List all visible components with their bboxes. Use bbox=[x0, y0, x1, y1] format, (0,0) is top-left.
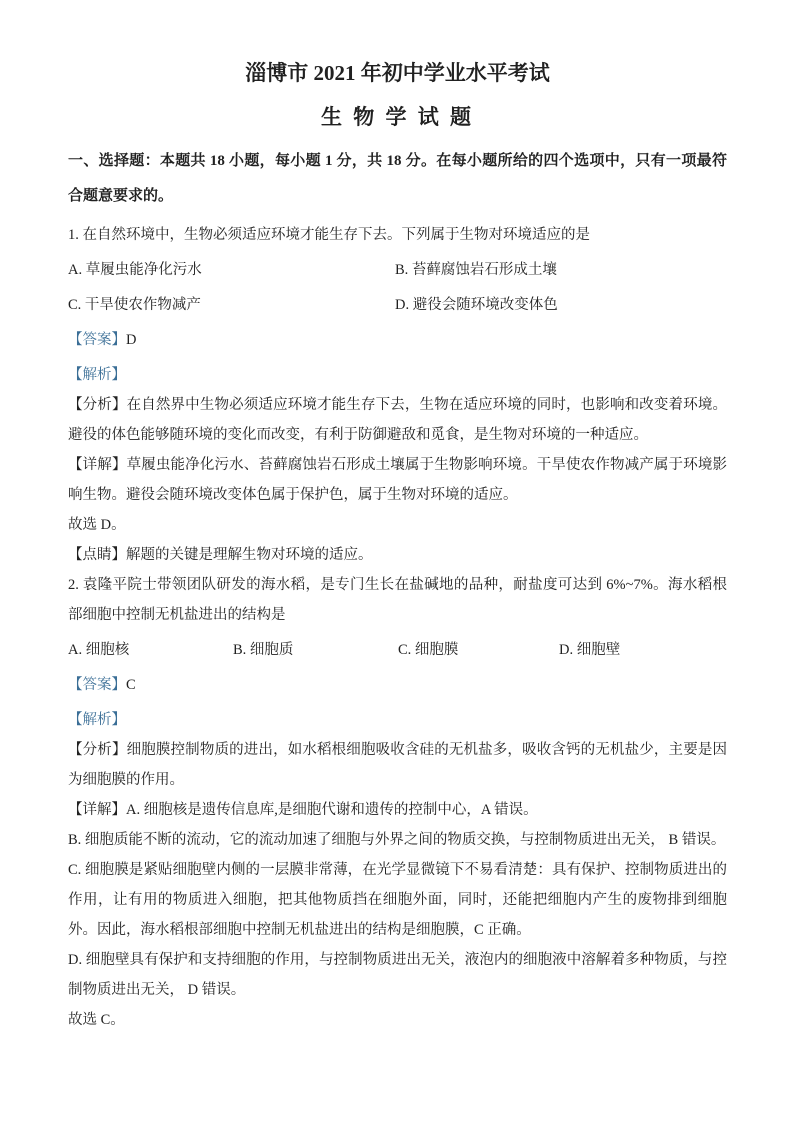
exam-title: 淄博市 2021 年初中学业水平考试 bbox=[68, 58, 727, 88]
question-2-detail-c: C. 细胞膜是紧贴细胞壁内侧的一层膜非常薄，在光学显微镜下不易看清楚：具有保护、… bbox=[68, 855, 727, 945]
answer-label: 【答案】 bbox=[68, 332, 126, 348]
question-1-option-a: A. 草履虫能净化污水 bbox=[68, 255, 395, 285]
question-2-detail-b: B. 细胞质能不断的流动，它的流动加速了细胞与外界之间的物质交换，与控制物质进出… bbox=[68, 825, 727, 855]
analysis-label: 【解析】 bbox=[68, 367, 126, 383]
question-2-option-b: B. 细胞质 bbox=[233, 635, 398, 665]
question-2-options: A. 细胞核 B. 细胞质 C. 细胞膜 D. 细胞壁 bbox=[68, 635, 727, 665]
question-1-stem: 1. 在自然环境中，生物必须适应环境才能生存下去。下列属于生物对环境适应的是 bbox=[68, 220, 727, 250]
exam-document: 淄博市 2021 年初中学业水平考试 生 物 学 试 题 一、选择题：本题共 1… bbox=[0, 0, 793, 1122]
question-1-option-d: D. 避役会随环境改变体色 bbox=[395, 290, 727, 320]
question-2: 2. 袁隆平院士带领团队研发的海水稻，是专门生长在盐碱地的品种，耐盐度可达到 6… bbox=[68, 570, 727, 1035]
question-2-analysis-paragraph: 【分析】细胞膜控制物质的进出，如水稻根细胞吸收含硅的无机盐多，吸收含钙的无机盐少… bbox=[68, 735, 727, 795]
question-1-answer-line: 【答案】D bbox=[68, 325, 727, 355]
question-2-detail-d: D. 细胞壁具有保护和支持细胞的作用，与控制物质进出无关，液泡内的细胞液中溶解着… bbox=[68, 945, 727, 1005]
question-1-key-point: 【点睛】解题的关键是理解生物对环境的适应。 bbox=[68, 540, 727, 570]
question-2-answer-line: 【答案】C bbox=[68, 670, 727, 700]
question-1: 1. 在自然环境中，生物必须适应环境才能生存下去。下列属于生物对环境适应的是 A… bbox=[68, 220, 727, 570]
section-intro: 一、选择题：本题共 18 小题，每小题 1 分，共 18 分。在每小题所给的四个… bbox=[68, 144, 727, 214]
question-1-analysis-paragraph: 【分析】在自然界中生物必须适应环境才能生存下去，生物在适应环境的同时，也影响和改… bbox=[68, 390, 727, 450]
question-2-detail-a: 【详解】A. 细胞核是遗传信息库,是细胞代谢和遗传的控制中心，A 错误。 bbox=[68, 795, 727, 825]
question-2-stem: 2. 袁隆平院士带领团队研发的海水稻，是专门生长在盐碱地的品种，耐盐度可达到 6… bbox=[68, 570, 727, 630]
question-2-option-c: C. 细胞膜 bbox=[398, 635, 559, 665]
question-1-option-b: B. 苔藓腐蚀岩石形成土壤 bbox=[395, 255, 727, 285]
question-1-answer-value: D bbox=[126, 332, 136, 348]
question-1-detail-paragraph: 【详解】草履虫能净化污水、苔藓腐蚀岩石形成土壤属于生物影响环境。干旱使农作物减产… bbox=[68, 450, 727, 510]
answer-label: 【答案】 bbox=[68, 677, 126, 693]
question-1-conclusion: 故选 D。 bbox=[68, 510, 727, 540]
question-2-option-a: A. 细胞核 bbox=[68, 635, 233, 665]
question-2-option-d: D. 细胞壁 bbox=[559, 635, 727, 665]
question-2-analysis-label: 【解析】 bbox=[68, 705, 727, 735]
question-1-options: A. 草履虫能净化污水 B. 苔藓腐蚀岩石形成土壤 C. 干旱使农作物减产 D.… bbox=[68, 255, 727, 320]
question-1-analysis-label: 【解析】 bbox=[68, 360, 727, 390]
question-1-option-c: C. 干旱使农作物减产 bbox=[68, 290, 395, 320]
analysis-label: 【解析】 bbox=[68, 712, 126, 728]
exam-subject-title: 生 物 学 试 题 bbox=[68, 102, 727, 132]
question-2-answer-value: C bbox=[126, 677, 136, 693]
question-2-conclusion: 故选 C。 bbox=[68, 1005, 727, 1035]
